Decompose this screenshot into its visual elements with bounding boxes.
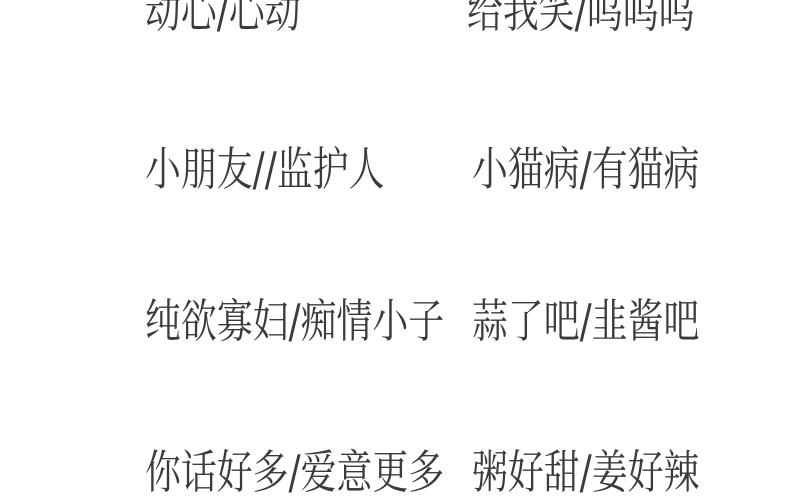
phrase-row-4-left: 你话好多/爱意更多: [145, 449, 444, 495]
phrase-row-2-left: 小朋友//监护人: [145, 146, 384, 192]
phrase-row-1-left: 动心/心动: [145, 0, 301, 34]
phrase-row-3-left: 纯欲寡妇/痴情小子: [145, 298, 444, 344]
phrase-row-3-right: 蒜了吧/韭酱吧: [472, 298, 699, 344]
phrase-row-2-right: 小猫病/有猫病: [472, 146, 699, 192]
phrase-row-4-right: 粥好甜/姜好辣: [472, 449, 699, 495]
phrase-row-1-right: 给我笑/呜呜呜: [467, 0, 694, 34]
